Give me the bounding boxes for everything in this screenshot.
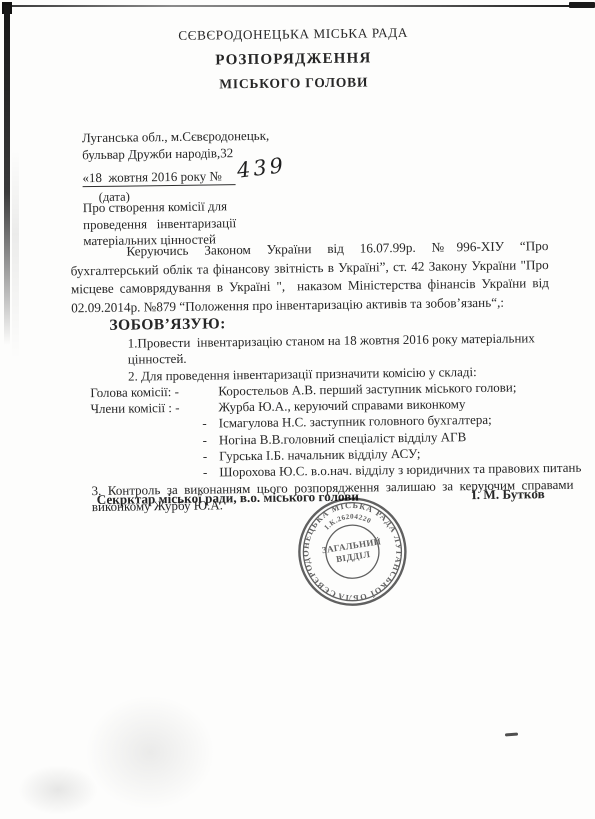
commission-member-text: Ногіна В.В.головний спеціаліст відділу А… <box>207 429 467 449</box>
commission-role-label: Члени комісії : - <box>90 400 206 418</box>
list-dash-marker: - <box>91 449 207 467</box>
document-type-title: РОЗПОРЯДЖЕННЯ <box>0 48 591 73</box>
signature-name: І. М. Бутков <box>472 486 545 503</box>
document-subtype-title: МІСЬКОГО ГОЛОВИ <box>0 72 591 96</box>
organization-name: СЄВЄРОДОНЕЦЬКА МІСЬКА РАДА <box>0 23 591 47</box>
subject-line-2: проведення інвентаризації <box>83 215 236 234</box>
preamble-paragraph: Керуючись Законом України від 16.07.99р.… <box>70 237 549 318</box>
date-printed-text: «18 жовтня 2016 року № <box>82 168 236 187</box>
document-content: СЄВЄРОДОНЕЦЬКА МІСЬКА РАДА РОЗПОРЯДЖЕННЯ… <box>0 0 595 819</box>
order-heading: ЗОБОВ’ЯЗУЮ: <box>109 315 226 335</box>
scanned-document-page: СЄВЄРОДОНЕЦЬКА МІСЬКА РАДА РОЗПОРЯДЖЕННЯ… <box>0 0 595 819</box>
list-dash-marker: - <box>91 416 207 434</box>
list-dash-marker: - <box>91 465 207 483</box>
subject-line-1: Про створення комісії для <box>83 198 236 217</box>
official-round-stamp: СЄВЄРОДОНЕЦЬКА МІСЬКА РАДА ЛУГАНСЬКОЇ ОБ… <box>292 491 414 613</box>
list-dash-marker: - <box>91 432 207 450</box>
document-number-handwritten: 439 <box>236 153 288 183</box>
commission-role-label: Голова комісії: - <box>90 383 206 401</box>
address-line-1: Луганська обл., м.Сєвєродонецьк, <box>82 127 269 146</box>
document-header: СЄВЄРОДОНЕЦЬКА МІСЬКА РАДА РОЗПОРЯДЖЕННЯ… <box>0 23 591 96</box>
